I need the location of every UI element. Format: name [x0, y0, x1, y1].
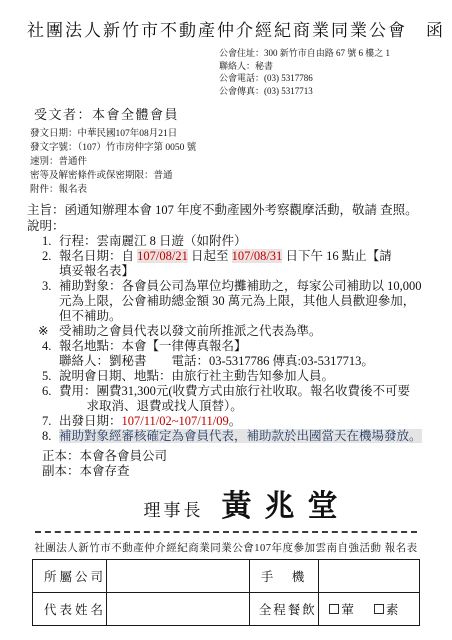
- explanation-item-line: 但不補助。: [42, 309, 425, 324]
- explanation-item-line: ※受補助之會員代表以發文前所推派之代表為準。: [42, 324, 425, 339]
- item-number: 7.: [42, 414, 59, 429]
- plain-text: 行程：雲南麗江 8 日遊（如附件）: [59, 234, 247, 248]
- plain-text: 日下午 16 點止【請: [282, 249, 391, 263]
- item-number: [42, 309, 59, 324]
- form-label-representative-name: 代表姓名: [33, 593, 107, 626]
- form-field-mobile[interactable]: [319, 560, 420, 593]
- explanation-item-line: 6.費用：團費31,300元(收費方式由旅行社收取。報名收費後不可要: [42, 384, 425, 399]
- plain-text: 元為上限，公會補助總金額 30 萬元為上限，其他人員歡迎參加，: [59, 294, 415, 308]
- signature-block: 理事長 黃兆堂: [102, 481, 351, 525]
- issue-date-line: 發文日期：中華民國107年08月21日: [30, 127, 425, 141]
- plain-text: 。: [229, 414, 242, 428]
- form-field-company[interactable]: [106, 560, 249, 593]
- highlighted-text: 補助對象經審核確定為會員代表，補助款於出國當天在機場發放。: [59, 429, 422, 443]
- explanation-item-line: 7.出發日期：107/11/02~107/11/09。: [42, 414, 425, 429]
- registration-form-title: 社團法人新竹市不動產仲介經紀商業同業公會107年度參加雲南自強活動 報名表: [27, 540, 425, 555]
- item-text: 補助對象經審核確定為會員代表，補助款於出國當天在機場發放。: [59, 429, 425, 444]
- association-address: 公會住址：300 新竹市自由路 67 號 6 樓之 1: [219, 47, 425, 60]
- form-label-meal: 全程餐飲: [249, 593, 319, 626]
- document-title: 社團法人新竹市不動產仲介經紀商業同業公會 函: [27, 16, 425, 41]
- recipient-line: 受文者：本會全體會員: [34, 104, 425, 123]
- item-number: 4.: [42, 339, 59, 354]
- explanation-label: 說明：: [27, 218, 425, 234]
- item-text: 但不補助。: [59, 309, 425, 324]
- form-field-representative-name[interactable]: [106, 593, 249, 626]
- plain-text: 報名日期：自: [59, 249, 137, 263]
- explanation-item-line: 1.行程：雲南麗江 8 日遊（如附件）: [42, 234, 425, 249]
- item-text: 出發日期：107/11/02~107/11/09。: [59, 414, 425, 429]
- table-row: 所屬公司 手 機: [33, 560, 420, 593]
- registration-form-table: 所屬公司 手 機 代表姓名 全程餐飲 葷 素: [32, 559, 420, 626]
- meal-option-meat[interactable]: 葷: [329, 600, 354, 618]
- plain-text: 日起至: [188, 249, 232, 263]
- plain-text: 費用：團費31,300元(收費方式由旅行社收取。報名收費後不可要: [59, 384, 410, 398]
- highlighted-text: 107/11/02~107/11/09: [122, 414, 229, 428]
- association-phone: 公會電話：(03) 5317786: [219, 72, 425, 85]
- plain-text: 補助對象：各會員公司為單位均攤補助之，每家公司補助以 10,000: [59, 279, 422, 293]
- plain-text: 受補助之會員代表以發文前所推派之代表為準。: [59, 324, 322, 338]
- explanation-items: 1.行程：雲南麗江 8 日遊（如附件）2.報名日期：自 107/08/21 日起…: [42, 234, 425, 444]
- checkbox-vegetarian-icon[interactable]: [374, 604, 384, 614]
- item-number: 5.: [42, 369, 59, 384]
- item-text: 費用：團費31,300元(收費方式由旅行社收取。報名收費後不可要: [59, 384, 425, 399]
- chairman-title: 理事長: [144, 496, 204, 521]
- item-number: ※: [38, 324, 59, 339]
- item-number: [42, 294, 59, 309]
- explanation-item-line: 元為上限，公會補助總金額 30 萬元為上限，其他人員歡迎參加，: [42, 294, 425, 309]
- item-number: [42, 264, 59, 279]
- document-page: 社團法人新竹市不動產仲介經紀商業同業公會 函 公會住址：300 新竹市自由路 6…: [0, 0, 452, 640]
- form-label-company: 所屬公司: [33, 560, 107, 593]
- document-number-line: 發文字號：（107）竹市房仲字第 0050 號: [30, 141, 425, 155]
- explanation-item-line: 8.補助對象經審核確定為會員代表，補助款於出國當天在機場發放。: [42, 429, 425, 444]
- item-text: 元為上限，公會補助總金額 30 萬元為上限，其他人員歡迎參加，: [59, 294, 425, 309]
- plain-text: 說明會日期、地點：由旅行社主動告知參加人員。: [59, 369, 334, 383]
- item-number: [42, 399, 59, 414]
- plain-text: 聯絡人：劉秘書 電話：03-5317786 傳真:03-5317713。: [59, 354, 374, 368]
- original-copy-line: 正本：本會各會員公司: [42, 449, 425, 464]
- item-number: 2.: [42, 249, 59, 264]
- item-text: 求取消、退費或找人頂替）。: [59, 399, 425, 414]
- copies-block: 正本：本會各會員公司 副本：本會存查: [42, 449, 425, 479]
- checkbox-meat-icon[interactable]: [329, 604, 339, 614]
- chairman-name: 黃兆堂: [222, 481, 351, 525]
- highlighted-text: 107/08/21: [137, 249, 188, 263]
- plain-text: 但不補助。: [59, 309, 122, 323]
- highlighted-text: 107/08/31: [232, 249, 283, 263]
- form-label-mobile: 手 機: [249, 560, 319, 593]
- item-text: 補助對象：各會員公司為單位均攤補助之，每家公司補助以 10,000: [59, 279, 425, 294]
- document-meta-block: 發文日期：中華民國107年08月21日 發文字號：（107）竹市房仲字第 005…: [30, 127, 425, 197]
- explanation-item-line: 聯絡人：劉秘書 電話：03-5317786 傳真:03-5317713。: [42, 354, 425, 369]
- explanation-item-line: 填妥報名表】: [42, 264, 425, 279]
- plain-text: 求取消、退費或找人頂替）。: [87, 399, 243, 413]
- item-text: 填妥報名表】: [59, 264, 425, 279]
- association-contact-block: 公會住址：300 新竹市自由路 67 號 6 樓之 1 聯絡人：秘書 公會電話：…: [219, 47, 425, 97]
- association-contact-person: 聯絡人：秘書: [219, 60, 425, 73]
- item-text: 說明會日期、地點：由旅行社主動告知參加人員。: [59, 369, 425, 384]
- explanation-item-line: 2.報名日期：自 107/08/21 日起至 107/08/31 日下午 16 …: [42, 249, 425, 264]
- explanation-item-line: 4.報名地點：本會【一律傳真報名】: [42, 339, 425, 354]
- meal-option-meat-label: 葷: [341, 600, 354, 618]
- item-text: 受補助之會員代表以發文前所推派之代表為準。: [59, 324, 425, 339]
- item-text: 報名日期：自 107/08/21 日起至 107/08/31 日下午 16 點止…: [59, 249, 425, 264]
- meal-option-vegetarian-label: 素: [386, 600, 399, 618]
- item-text: 聯絡人：劉秘書 電話：03-5317786 傳真:03-5317713。: [59, 354, 425, 369]
- explanation-item-line: 求取消、退費或找人頂替）。: [42, 399, 425, 414]
- duplicate-copy-line: 副本：本會存查: [42, 464, 425, 479]
- plain-text: 出發日期：: [59, 414, 122, 428]
- association-fax: 公會傳真：(03) 5317713: [219, 85, 425, 98]
- item-number: 8.: [42, 429, 59, 444]
- item-text: 報名地點：本會【一律傳真報名】: [59, 339, 425, 354]
- table-row: 代表姓名 全程餐飲 葷 素: [33, 593, 420, 626]
- item-number: 6.: [42, 384, 59, 399]
- item-number: 1.: [42, 234, 59, 249]
- form-field-meal: 葷 素: [319, 593, 420, 626]
- subject-line: 主旨：函通知辦理本會 107 年度不動產國外考察觀摩活動，敬請 查照。: [27, 202, 425, 218]
- plain-text: 報名地點：本會【一律傳真報名】: [59, 339, 247, 353]
- explanation-item-line: 3.補助對象：各會員公司為單位均攤補助之，每家公司補助以 10,000: [42, 279, 425, 294]
- cut-line-divider: [35, 531, 417, 533]
- item-text: 行程：雲南麗江 8 日遊（如附件）: [59, 234, 425, 249]
- meal-option-vegetarian[interactable]: 素: [374, 600, 399, 618]
- security-class-line: 密等及解密條件或保密期限：普通: [30, 169, 425, 183]
- explanation-item-line: 5.說明會日期、地點：由旅行社主動告知參加人員。: [42, 369, 425, 384]
- attachment-line: 附件：報名表: [30, 183, 425, 197]
- item-number: 3.: [42, 279, 59, 294]
- delivery-speed-line: 速別：普通件: [30, 155, 425, 169]
- plain-text: 填妥報名表】: [59, 264, 134, 278]
- item-number: [42, 354, 59, 369]
